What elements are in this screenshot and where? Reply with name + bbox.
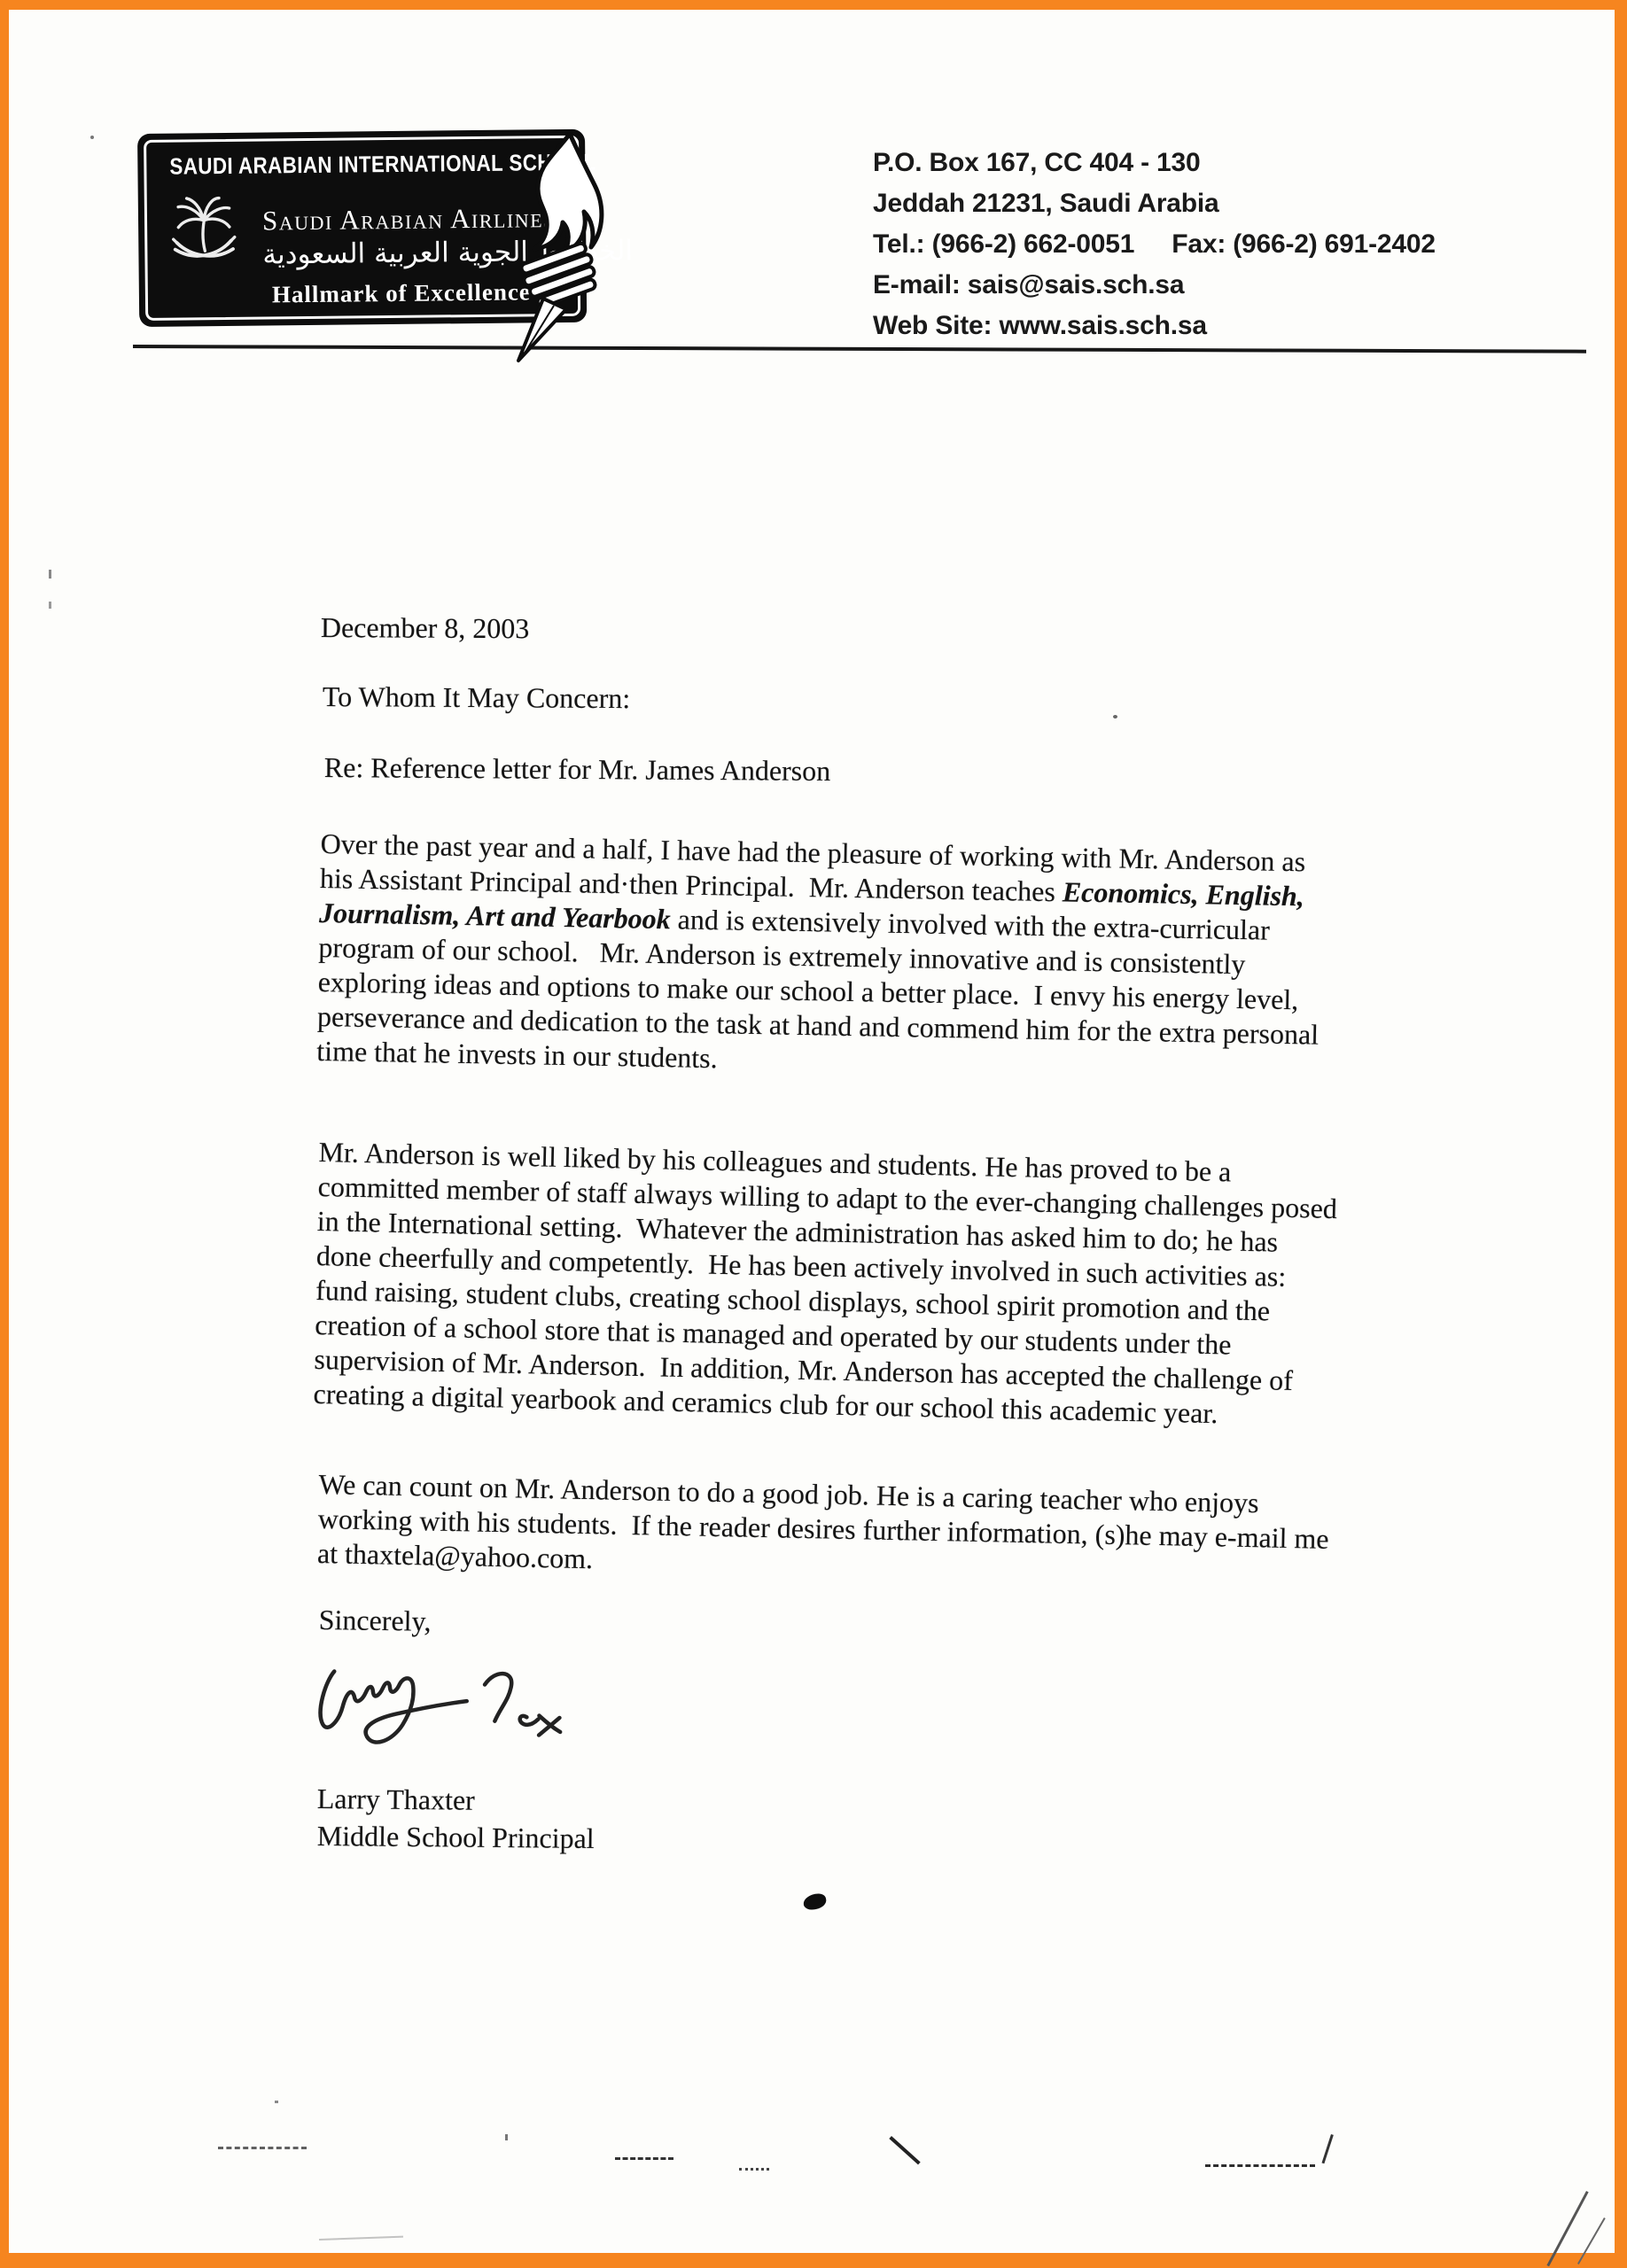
scan-noise (218, 2147, 307, 2149)
palm-and-swords-emblem-icon (161, 188, 247, 274)
letter-salutation: To Whom It May Concern: (323, 680, 631, 716)
scan-noise (1205, 2164, 1315, 2167)
scan-noise (49, 570, 51, 579)
scan-noise (615, 2157, 673, 2160)
torch-icon (492, 130, 625, 371)
contact-tel: Tel.: (966-2) 662-0051 (873, 229, 1134, 259)
scan-noise (90, 136, 94, 139)
contact-pobox: P.O. Box 167, CC 404 - 130 (873, 143, 1436, 183)
contact-fax: Fax: (966-2) 691-2402 (1172, 229, 1436, 259)
scan-noise (1577, 2218, 1606, 2264)
letter-closing: Sincerely, (318, 1603, 431, 1639)
contact-website: Web Site: www.sais.sch.sa (873, 306, 1436, 346)
scan-noise (49, 602, 51, 609)
scan-noise (1321, 2134, 1333, 2163)
contact-tel-fax: Tel.: (966-2) 662-0051Fax: (966-2) 691-2… (873, 224, 1436, 265)
letter-date: December 8, 2003 (321, 610, 530, 646)
handwritten-signature (308, 1635, 645, 1786)
letter-subject: Re: Reference letter for Mr. James Ander… (324, 750, 831, 788)
letter-paragraph-2: Mr. Anderson is well liked by his collea… (313, 1135, 1338, 1433)
scan-noise (1113, 715, 1117, 718)
scan-noise (739, 2168, 769, 2171)
scanned-letter-paper: SAUDI ARABIAN INTERNATIONAL SCHOOL Saudi… (9, 10, 1615, 2253)
ink-blob (802, 1892, 828, 1912)
scan-noise (275, 2101, 278, 2103)
signer-name: Larry Thaxter (317, 1782, 475, 1818)
school-contact-block: P.O. Box 167, CC 404 - 130 Jeddah 21231,… (873, 143, 1436, 346)
letter-paragraph-1: Over the past year and a half, I have ha… (316, 827, 1322, 1087)
letter-paragraph-3: We can count on Mr. Anderson to do a goo… (317, 1467, 1330, 1591)
scan-noise (505, 2134, 508, 2140)
signer-title: Middle School Principal (317, 1819, 595, 1856)
scan-noise (889, 2136, 920, 2164)
contact-city: Jeddah 21231, Saudi Arabia (873, 183, 1436, 224)
scan-noise (319, 2236, 403, 2241)
contact-email: E-mail: sais@sais.sch.sa (873, 265, 1436, 306)
